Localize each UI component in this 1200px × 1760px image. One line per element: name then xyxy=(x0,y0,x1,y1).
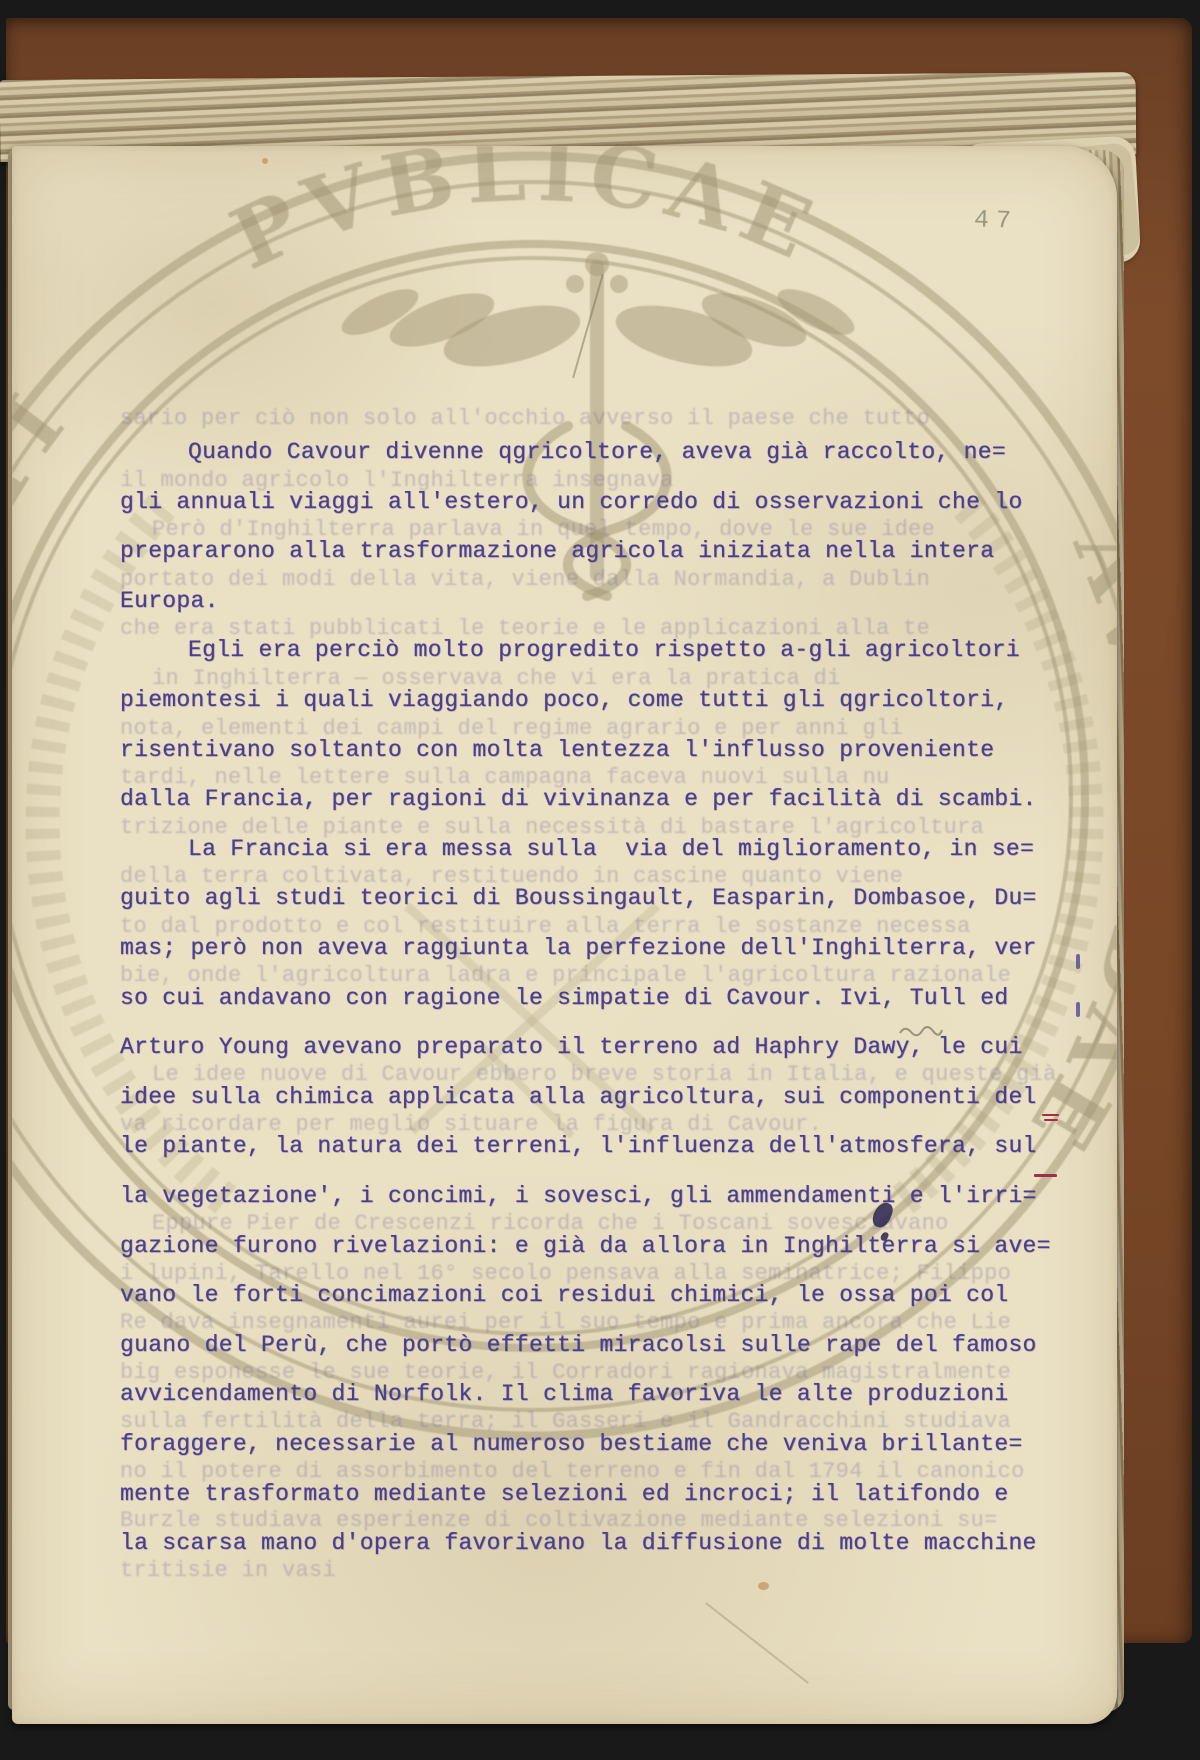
typewritten-line: mas; però non aveva raggiunta la perfezi… xyxy=(120,935,1037,962)
typewritten-line: Arturo Young avevano preparato il terren… xyxy=(120,1034,1023,1061)
red-underline-mark xyxy=(1044,1119,1058,1121)
typewritten-line: gazione furono rivelazioni: e già da all… xyxy=(120,1233,1051,1260)
typewritten-line: la vegetazione', i concimi, i sovesci, g… xyxy=(120,1183,1037,1210)
typewritten-line: La Francia si era messa sulla via del mi… xyxy=(188,836,1034,863)
rust-stain xyxy=(262,158,268,164)
typewritten-line: la scarsa mano d'opera favorivano la dif… xyxy=(120,1530,1037,1557)
typewritten-line: Europa. xyxy=(120,588,219,615)
document-page: VBERTATI PVBLICAE AVGENDAE xyxy=(12,146,1117,1724)
typewritten-line: risentivano soltanto con molta lentezza … xyxy=(120,737,994,764)
typewritten-line: foraggere, necessarie al numeroso bestia… xyxy=(120,1431,1023,1458)
typewritten-line: avvicendamento di Norfolk. Il clima favo… xyxy=(120,1381,1008,1408)
typewritten-line: guito agli studi teorici di Boussingault… xyxy=(120,885,1037,912)
typewritten-line: so cui andavano con ragione le simpatie … xyxy=(120,985,1008,1012)
typewritten-line: Egli era perciò molto progredito rispett… xyxy=(188,637,1020,664)
typewritten-line: gli annuali viaggi all'estero, un corred… xyxy=(120,489,1023,516)
typewritten-line: dalla Francia, per ragioni di vivinanza … xyxy=(120,786,1037,813)
book-scan: { "scan": { "page_number": "47", "kind":… xyxy=(0,0,1200,1760)
red-underline-mark xyxy=(1034,1174,1057,1177)
typewritten-line: prepararono alla trasformazione agricola… xyxy=(120,538,994,565)
stray-ink-mark xyxy=(1076,954,1080,969)
typewritten-line: mente trasformato mediante selezioni ed … xyxy=(120,1481,1008,1508)
typewritten-line: Quando Cavour divenne qgricoltore, aveva… xyxy=(188,439,1006,466)
typewritten-line: guano del Perù, che portò effetti miraco… xyxy=(120,1332,1037,1359)
stray-ink-mark xyxy=(1076,1002,1080,1017)
typewritten-text: Quando Cavour divenne qgricoltore, aveva… xyxy=(120,146,1100,1724)
pencil-annotation xyxy=(898,1022,944,1038)
typewritten-line: idee sulla chimica applicata alla agrico… xyxy=(120,1084,1037,1111)
red-underline-mark xyxy=(1042,1114,1059,1116)
typewritten-line: vano le forti concimazioni coi residui c… xyxy=(120,1282,1008,1309)
rust-stain xyxy=(758,1582,769,1590)
typewritten-line: le piante, la natura dei terreni, l'infl… xyxy=(120,1133,1037,1160)
typewritten-line: piemontesi i quali viaggiando poco, come… xyxy=(120,687,1008,714)
